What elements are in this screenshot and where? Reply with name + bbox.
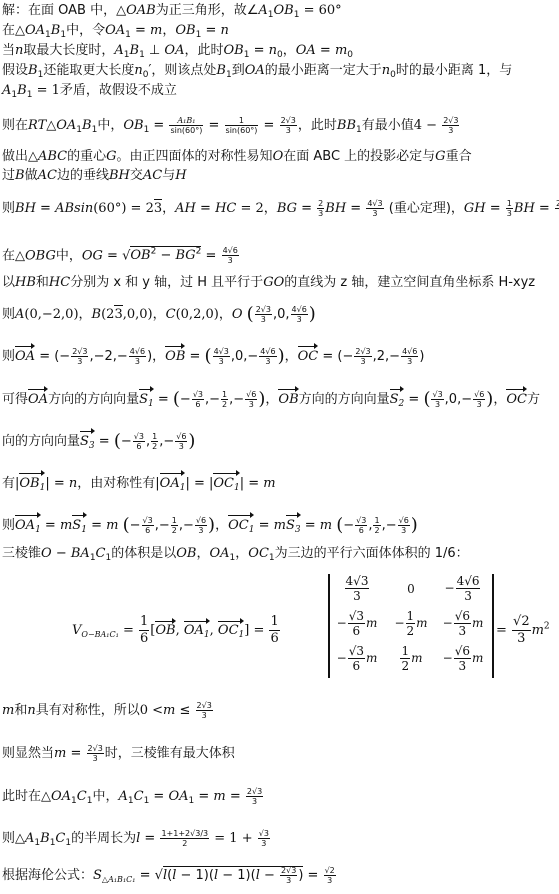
text-line: 则△A1B1C1的半周长为l = 1+1+2√3/32 = 1 + √33 [2,829,271,852]
text-line: 则显然当m = 2√33时，三棱锥有最大体积 [2,744,235,763]
text-line: 假设B1还能取更大长度n0′，则该点处B1到OA的最小距离一定大于n0时的最小距… [2,62,512,84]
matrix-cell: 4√33 [330,574,384,603]
text-line: 根据海伦公式：S△A₁B₁C₁ = √l(l − 1)(l − 1)(l − 2… [2,866,337,889]
matrix-cell: 0 [384,582,438,596]
text-line: 向的方向向量S3 = (−√36,12,−√63) [2,430,195,455]
text-line: 此时在△OA1C1中，A1C1 = OA1 = m = 2√33 [2,787,264,810]
matrix-cell: −12m [384,609,438,638]
text-line: 过B做AC边的垂线BH交AC与H [2,167,187,185]
text-line: 解：在面 OAB 中，△OAB为正三角形，故∠A1OB1 = 60° [2,2,342,24]
text-line: 则在RT△OA1B1中，OB1 = A₁B₁sin(60°) = 1sin(60… [2,116,460,139]
text-line: 当n取最大长度时，A1B1 ⊥ OA，此时OB1 = n0，OA = m0 [2,42,353,64]
matrix-cell: −4√63 [436,574,490,603]
matrix-cell: −√36m [330,644,384,673]
matrix-cell: −√63m [436,644,490,673]
text-line: 在△OBG中，OG = √OB2 − BG2 = 4√63 [2,243,240,265]
text-line: 则BH = ABsin(60°) = 23，AH = HC = 2，BG = 2… [2,199,559,218]
text-line: 做出△ABC的重心G。由正四面体的对称性易知O在面 ABC 上的投影必定与G重合 [2,148,472,166]
text-line: 有|OB1| = n，由对称性有|OA1| = |OC1| = m [2,472,276,497]
text-line: A1B1 = 1矛盾，故假设不成立 [2,82,177,104]
text-line: 在△OA1B1中，令OA1 = m，OB1 = n [2,22,229,44]
volume-formula: VO−BA₁C₁ = 16[OB, OA1, OC1] = 16 4√33 0 … [60,570,500,682]
matrix-cell: 12m [384,644,438,673]
formula-lhs: VO−BA₁C₁ = 16[OB, OA1, OC1] = 16 [72,614,281,647]
text-line: 则OA = (−2√33,−2,−4√63)，OB = (4√33,0,−4√6… [2,345,424,366]
text-line: 可得OA方向的方向向量S1 = (−√36,−12,−√63)，OB方向的方向向… [2,388,540,413]
text-line: 三棱锥O − BA1C1的体积是以OB，OA1，OC1为三边的平行六面体体积的 … [2,545,469,567]
text-line: 以HB和HC分别为 x 和 y 轴，过 H 且平行于GO的直线为 z 轴，建立空… [2,274,535,292]
determinant-matrix: 4√33 0 −4√63 −√36m −12m −√63m −√36m 12m … [328,574,494,678]
matrix-cell: −√63m [436,609,490,638]
formula-result: = √23m2 [496,614,550,647]
matrix-cell: −√36m [330,609,384,638]
text-line: m和n具有对称性，所以0 <m ≤ 2√33 [2,701,214,720]
text-line: 则OA1 = mS1 = m (−√36,−12,−√63)，OC1 = mS3… [2,514,418,539]
text-line: 则A(0,−2,0)，B(23,0,0)，C(0,2,0)，O (2√33,0,… [2,305,316,324]
